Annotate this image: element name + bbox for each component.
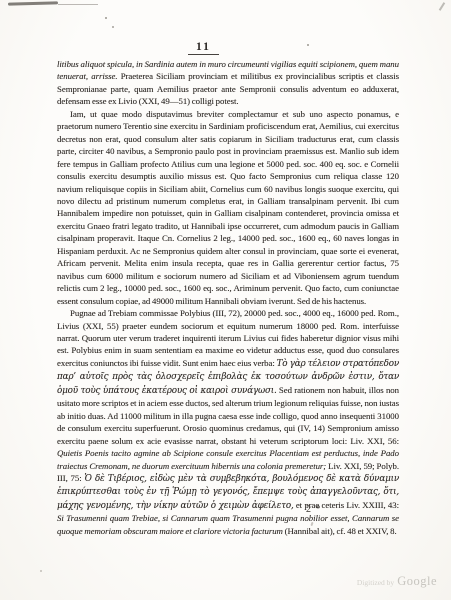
- scan-artifact-streak: [8, 1, 58, 5]
- page-header: 11: [188, 37, 219, 55]
- paragraph: Pugnae ad Trebiam commissae Polybius (II…: [57, 307, 399, 537]
- google-watermark: Digitized byGoogle: [357, 572, 437, 590]
- signature-mark: 2 *: [306, 504, 322, 515]
- page-number: 11: [188, 41, 219, 55]
- scan-artifact-tick: [439, 2, 445, 11]
- scan-artifact-dot: [112, 26, 114, 28]
- scan-artifact-dot: [40, 570, 42, 572]
- scan-artifact-dot: [105, 17, 107, 19]
- paragraph-continuation: litibus aliquot spicula, in Sardinia aut…: [57, 58, 399, 108]
- body-text: Iam, ut quae modo disputavimus breviter …: [57, 109, 399, 306]
- paragraph: Iam, ut quae modo disputavimus breviter …: [57, 108, 399, 307]
- scan-artifact-streak: [58, 4, 98, 5]
- body-text: (Hannibal ait), cf. 48 et XXIV, 8.: [283, 526, 397, 536]
- scan-artifact-dot: [307, 44, 309, 46]
- text-block: litibus aliquot spicula, in Sardinia aut…: [57, 58, 399, 537]
- watermark-prefix-text: Digitized by: [357, 578, 394, 587]
- scanned-book-page: 11 litibus aliquot spicula, in Sardinia …: [0, 0, 451, 600]
- google-logo-text: Google: [397, 574, 437, 588]
